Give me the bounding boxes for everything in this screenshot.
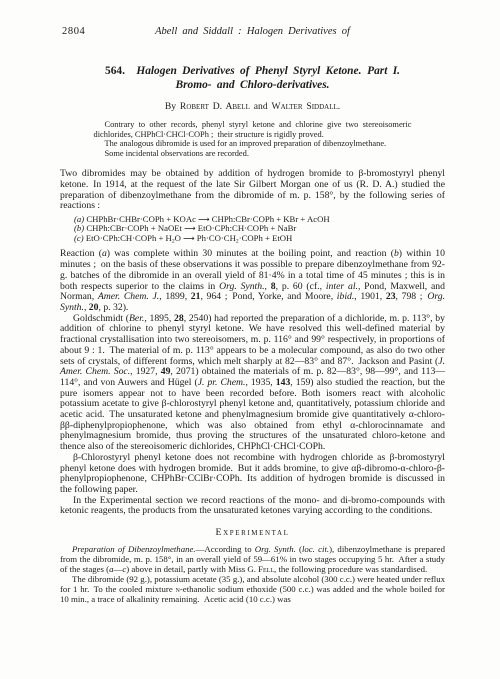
body-paragraph-5: In the Experimental section we record re… <box>60 496 445 517</box>
article-title-block: 564. Halogen Derivatives of Phenyl Styry… <box>60 64 445 92</box>
experimental-paragraph-2: The dibromide (92 g.), potassium acetate… <box>60 575 445 605</box>
article-title-line1: 564. Halogen Derivatives of Phenyl Styry… <box>60 64 445 78</box>
abstract-paragraph-2: The analogous dibromide is used for an i… <box>94 139 412 149</box>
reaction-equation-c: (c) EtO·CPh:CH·COPh + H2O ⟶ Ph·CO·CH2·CO… <box>74 234 445 247</box>
experimental-section: Preparation of Dibenzoylmethane.—Accordi… <box>60 545 445 604</box>
abstract-paragraph-1: Contrary to other records, phenyl styryl… <box>94 120 412 139</box>
running-head: Abell and Siddall : Halogen Derivatives … <box>60 26 445 37</box>
article-title-line2: Bromo- and Chloro-derivatives. <box>60 78 445 92</box>
byline: By Robert D. Abell and Walter Siddall. <box>60 101 445 112</box>
experimental-paragraph-1: Preparation of Dibenzoylmethane.—Accordi… <box>60 545 445 575</box>
article-body: Two dibromides may be obtained by additi… <box>60 169 445 517</box>
page-content: 2804 Abell and Siddall : Halogen Derivat… <box>0 0 500 605</box>
page-number: 2804 <box>62 26 85 37</box>
reaction-scheme: (a) CHPhBr·CHBr·COPh + KOAc ⟶ CHPh:CBr·C… <box>74 215 445 246</box>
experimental-heading: Experimental <box>60 527 445 538</box>
abstract-paragraph-3: Some incidental observations are recorde… <box>94 149 412 159</box>
body-paragraph-2: Reaction (a) was complete within 30 minu… <box>60 249 445 313</box>
page-header: 2804 Abell and Siddall : Halogen Derivat… <box>60 26 445 39</box>
body-paragraph-4: β-Chlorostyryl phenyl ketone does not re… <box>60 453 445 496</box>
abstract: Contrary to other records, phenyl styryl… <box>94 120 412 158</box>
body-paragraph-3: Goldschmidt (Ber., 1895, 28, 2540) had r… <box>60 314 445 453</box>
journal-page: 2804 Abell and Siddall : Halogen Derivat… <box>0 0 500 679</box>
body-paragraph-1: Two dibromides may be obtained by additi… <box>60 169 445 212</box>
